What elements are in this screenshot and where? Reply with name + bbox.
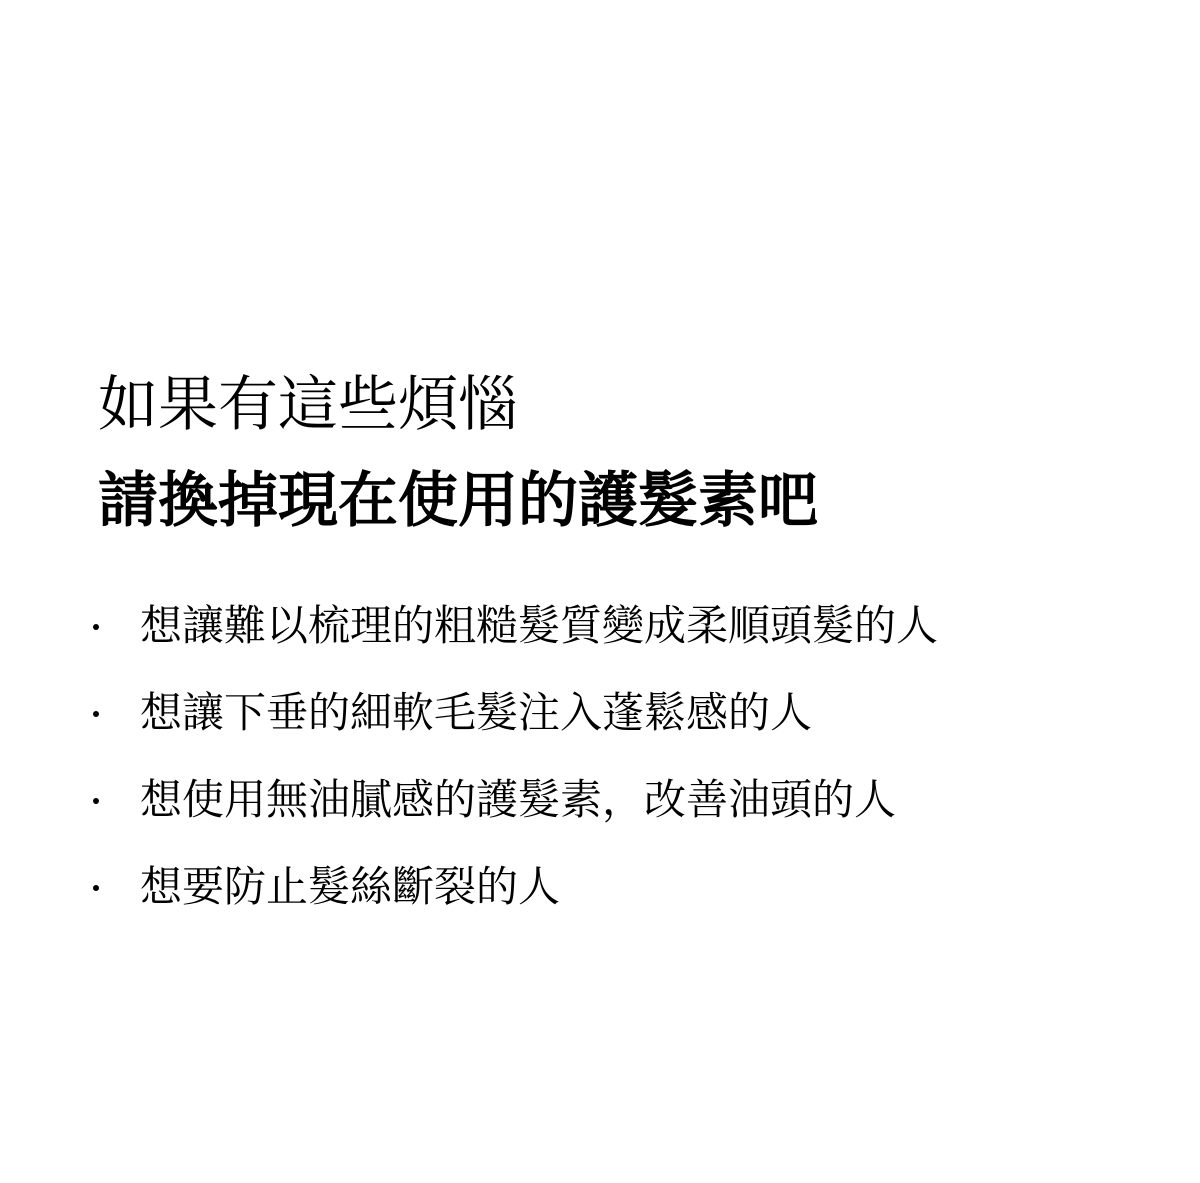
list-item-text: 想讓下垂的細軟毛髮注入蓬鬆感的人 bbox=[140, 685, 812, 741]
heading-subtitle: 如果有這些煩惱 bbox=[98, 370, 518, 440]
list-item-text: 想使用無油膩感的護髮素，改善油頭的人 bbox=[140, 772, 896, 828]
list-item-text: 想要防止髮絲斷裂的人 bbox=[140, 859, 560, 915]
bullet-dot-icon bbox=[93, 798, 99, 804]
bullet-dot-icon bbox=[93, 624, 99, 630]
bullet-dot-icon bbox=[93, 711, 99, 717]
bullet-dot-icon bbox=[93, 885, 99, 891]
list-item-text: 想讓難以梳理的粗糙髮質變成柔順頭髮的人 bbox=[140, 598, 938, 654]
heading-title: 請換掉現在使用的護髮素吧 bbox=[98, 466, 818, 536]
